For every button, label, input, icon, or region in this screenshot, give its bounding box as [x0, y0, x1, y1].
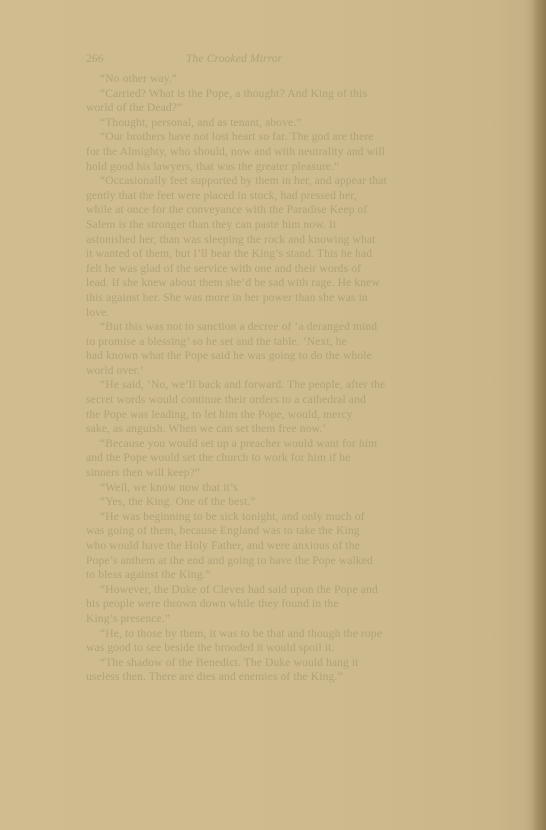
- text-line: “He said, ‘No, we’ll back and forward. T…: [86, 378, 480, 393]
- text-line: Salem is the stronger than they can past…: [86, 218, 480, 233]
- text-line: “Yes, the King. One of the best.”: [86, 495, 480, 510]
- text-line: was going of them, because England was t…: [86, 524, 480, 539]
- text-line: astonished her, than was sleeping the ro…: [86, 233, 480, 248]
- text-line: sake, as anguish. When we can set them f…: [86, 422, 480, 437]
- running-head: The Crooked Mirror: [186, 52, 282, 67]
- text-line: Pope’s anthem at the end and going to ha…: [86, 554, 480, 569]
- text-line: “He was beginning to be sick tonight, an…: [86, 510, 480, 525]
- text-line: “He, to those by them, it was to be that…: [86, 627, 480, 642]
- text-line: hold good his lawyers, that was the grea…: [86, 160, 480, 175]
- text-line: while at once for the conveyance with th…: [86, 203, 480, 218]
- text-line: King’s presence.”: [86, 612, 480, 627]
- text-line: lead. If she knew about them she’d be sa…: [86, 276, 480, 291]
- text-line: “Occasionally feet supported by them in …: [86, 174, 480, 189]
- book-gutter: [532, 0, 546, 830]
- text-line: to bless against the King.”: [86, 568, 480, 583]
- text-line: his people were thrown down while they f…: [86, 597, 480, 612]
- page-number: 266: [86, 52, 186, 67]
- text-line: “No other way.”: [86, 72, 480, 87]
- text-line: secret words would continue their orders…: [86, 393, 480, 408]
- text-line: gently that the feet were placed in stoc…: [86, 189, 480, 204]
- text-line: world over.’: [86, 364, 480, 379]
- text-line: had known what the Pope said he was goin…: [86, 349, 480, 364]
- text-line: the Pope was leading, to let him the Pop…: [86, 408, 480, 423]
- text-line: world of the Dead?”: [86, 101, 480, 116]
- body-text: “No other way.”“Carried? What is the Pop…: [86, 72, 480, 685]
- text-line: this against her. She was more in her po…: [86, 291, 480, 306]
- text-line: “However, the Duke of Cleves had said up…: [86, 583, 480, 598]
- text-line: useless then. There are dies and enemies…: [86, 670, 480, 685]
- text-line: “Well, we know now that it’s: [86, 481, 480, 496]
- text-line: “The shadow of the Benedict. The Duke wo…: [86, 656, 480, 671]
- text-line: sinners then will keep?”: [86, 466, 480, 481]
- text-line: love.: [86, 306, 480, 321]
- text-line: was good to see beside the brooded it wo…: [86, 641, 480, 656]
- text-line: who would have the Holy Father, and were…: [86, 539, 480, 554]
- page-content: 266 The Crooked Mirror “No other way.”“C…: [86, 52, 480, 685]
- text-line: it wanted of them, but I’ll bear the Kin…: [86, 247, 480, 262]
- text-line: to promise a blessing’ so he set and the…: [86, 335, 480, 350]
- page-header: 266 The Crooked Mirror: [86, 52, 480, 70]
- text-line: “Thought, personal, and as tenant, above…: [86, 116, 480, 131]
- text-line: “Because you would set up a preacher wou…: [86, 437, 480, 452]
- text-line: “But this was not to sanction a decree o…: [86, 320, 480, 335]
- text-line: for the Almighty, who should, now and wi…: [86, 145, 480, 160]
- book-page: 266 The Crooked Mirror “No other way.”“C…: [0, 0, 546, 830]
- text-line: “Carried? What is the Pope, a thought? A…: [86, 87, 480, 102]
- text-line: “Our brothers have not lost heart so far…: [86, 130, 480, 145]
- text-line: and the Pope would set the church to wor…: [86, 451, 480, 466]
- text-line: felt he was glad of the service with one…: [86, 262, 480, 277]
